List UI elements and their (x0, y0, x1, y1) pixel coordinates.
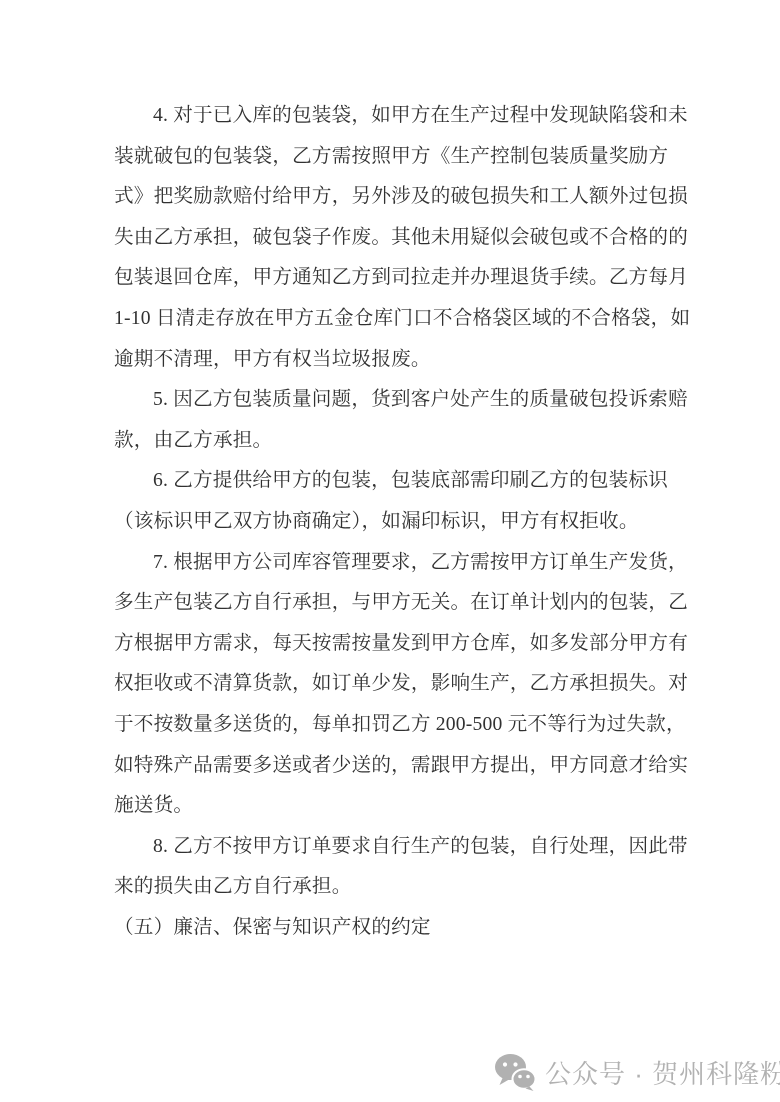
wechat-icon (494, 1053, 536, 1091)
clause-6-paragraph: 6. 乙方提供给甲方的包装，包装底部需印刷乙方的包装标识 （该标识甲乙双方协商确… (114, 461, 760, 542)
section-heading: （五）廉洁、保密与知识产权的约定 (114, 908, 760, 949)
clause-4-paragraph: 4. 对于已入库的包装袋，如甲方在生产过程中发现缺陷袋和未 装就破包的包装袋，乙… (114, 96, 760, 380)
watermark-text: 公众号 · 贺州科隆粉体 (545, 1054, 780, 1091)
clause-7-paragraph: 7. 根据甲方公司库容管理要求，乙方需按甲方订单生产发货， 多生产包装乙方自行承… (114, 543, 760, 827)
clause-5-paragraph: 5. 因乙方包装质量问题，货到客户处产生的质量破包投诉索赔 款，由乙方承担。 (114, 380, 760, 461)
contract-body: 4. 对于已入库的包装袋，如甲方在生产过程中发现缺陷袋和未 装就破包的包装袋，乙… (114, 96, 760, 948)
clause-8-paragraph: 8. 乙方不按甲方订单要求自行生产的包装，自行处理，因此带 来的损失由乙方自行承… (114, 827, 760, 908)
wechat-watermark: 公众号 · 贺州科隆粉体 (494, 1052, 780, 1092)
document-page: 4. 对于已入库的包装袋，如甲方在生产过程中发现缺陷袋和未 装就破包的包装袋，乙… (0, 0, 780, 1102)
